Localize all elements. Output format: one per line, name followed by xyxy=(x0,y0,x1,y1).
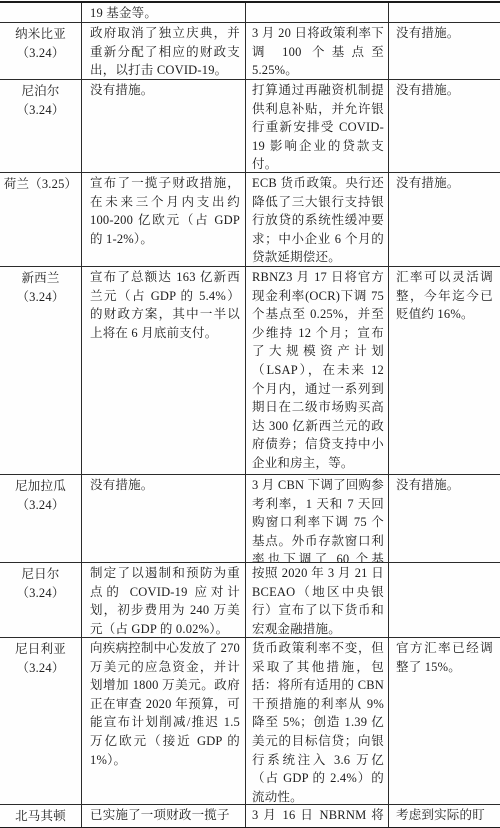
fiscal-cell: 宣布了总额达 163 亿新西兰元（占 GDP 的 5.4%）的财政方案，其中一半… xyxy=(82,267,246,475)
fiscal-cell: 没有措施。 xyxy=(82,475,246,563)
monetary-cell: 货币政策利率不变，但采取了其他措施，包括：将所有适用的 CBN 干预措施的利率从… xyxy=(246,638,389,805)
fx-cell: 官方汇率已经调整了 15%。 xyxy=(389,638,500,805)
country-cell xyxy=(0,3,82,23)
country-name: 新西兰 xyxy=(2,269,79,288)
monetary-cell: 按照 2020 年 3 月 21 日 BCEAO（地区中央银行）宣布了以下货币和… xyxy=(246,563,389,638)
fiscal-cell: 制定了以遏制和预防为重点的 COVID-19 应对计划，初步费用为 240 万美… xyxy=(82,563,246,638)
monetary-cell: ECB 货币政策。央行还降低了三大银行支持银行放贷的系统性缓冲要求；中小企业 6… xyxy=(246,173,389,267)
country-name: 尼日利亚 xyxy=(2,640,79,659)
fiscal-cell: 19 基金等。 xyxy=(82,3,246,23)
monetary-cell: 3 月 20 日将政策利率下调 100 个基点至 5.25%。 xyxy=(246,23,389,80)
monetary-cell: RBNZ3 月 17 日将官方现金利率(OCR)下调 75 个基点至 0.25%… xyxy=(246,267,389,475)
country-name: 纳米比亚 xyxy=(2,25,79,44)
fiscal-cell: 已实施了一项财政一揽子 xyxy=(82,805,246,827)
document-page: 19 基金等。 纳米比亚 （3.24） 政府取消了独立庆典，并重新分配了相应的财… xyxy=(0,0,500,828)
country-name: 尼加拉瓜 xyxy=(2,477,79,496)
fx-cell: 汇率可以灵活调整，今年迄今已贬值约 16%。 xyxy=(389,267,500,475)
country-cell: 尼日利亚 （3.24） xyxy=(0,638,82,805)
country-cell: 纳米比亚 （3.24） xyxy=(0,23,82,80)
monetary-cell: 打算通过再融资机制提供利息补贴，并允许银行重新安排受 COVID-19 影响企业… xyxy=(246,80,389,173)
country-name: 尼泊尔 xyxy=(2,82,79,101)
monetary-cell: 3 月 16 日 NBRNM 将政 xyxy=(246,805,389,827)
fiscal-cell: 政府取消了独立庆典，并重新分配了相应的财政支出，以打击 COVID-19。 xyxy=(82,23,246,80)
country-date: （3.24） xyxy=(2,288,79,307)
monetary-cell: 3 月 CBN 下调了回购参考利率，1 天和 7 天回购窗口利率下调 75 个基… xyxy=(246,475,389,563)
country-date: （3.24） xyxy=(2,101,79,120)
fx-cell: 没有措施。 xyxy=(389,475,500,563)
fx-cell: 没有措施。 xyxy=(389,23,500,80)
fiscal-cell: 宣布了一揽子财政措施，在未来三个月内支出约 100-200 亿欧元（占 GDP … xyxy=(82,173,246,267)
fx-cell: 考虑到实际的盯 xyxy=(389,805,500,827)
policy-table: 19 基金等。 纳米比亚 （3.24） 政府取消了独立庆典，并重新分配了相应的财… xyxy=(0,1,500,828)
country-cell: 荷兰（3.25） xyxy=(0,173,82,267)
country-date: （3.24） xyxy=(2,584,79,603)
country-cell: 尼加拉瓜 （3.24） xyxy=(0,475,82,563)
country-cell: 北马其顿 xyxy=(0,805,82,827)
fx-cell: 没有措施。 xyxy=(389,80,500,173)
country-name: 荷兰（3.25） xyxy=(2,175,79,194)
fx-cell: 没有措施。 xyxy=(389,173,500,267)
fx-cell xyxy=(389,3,500,23)
country-date: （3.24） xyxy=(2,44,79,63)
fiscal-cell: 没有措施。 xyxy=(82,80,246,173)
country-name: 尼日尔 xyxy=(2,565,79,584)
country-date: （3.24） xyxy=(2,659,79,678)
country-name: 北马其顿 xyxy=(2,807,79,826)
country-cell: 新西兰 （3.24） xyxy=(0,267,82,475)
monetary-cell xyxy=(246,3,389,23)
fiscal-cell: 向疾病控制中心发放了 270 万美元的应急资金，并计划增加 1800 万美元。政… xyxy=(82,638,246,805)
fx-cell xyxy=(389,563,500,638)
country-date: （3.24） xyxy=(2,496,79,515)
country-cell: 尼日尔 （3.24） xyxy=(0,563,82,638)
country-cell: 尼泊尔 （3.24） xyxy=(0,80,82,173)
